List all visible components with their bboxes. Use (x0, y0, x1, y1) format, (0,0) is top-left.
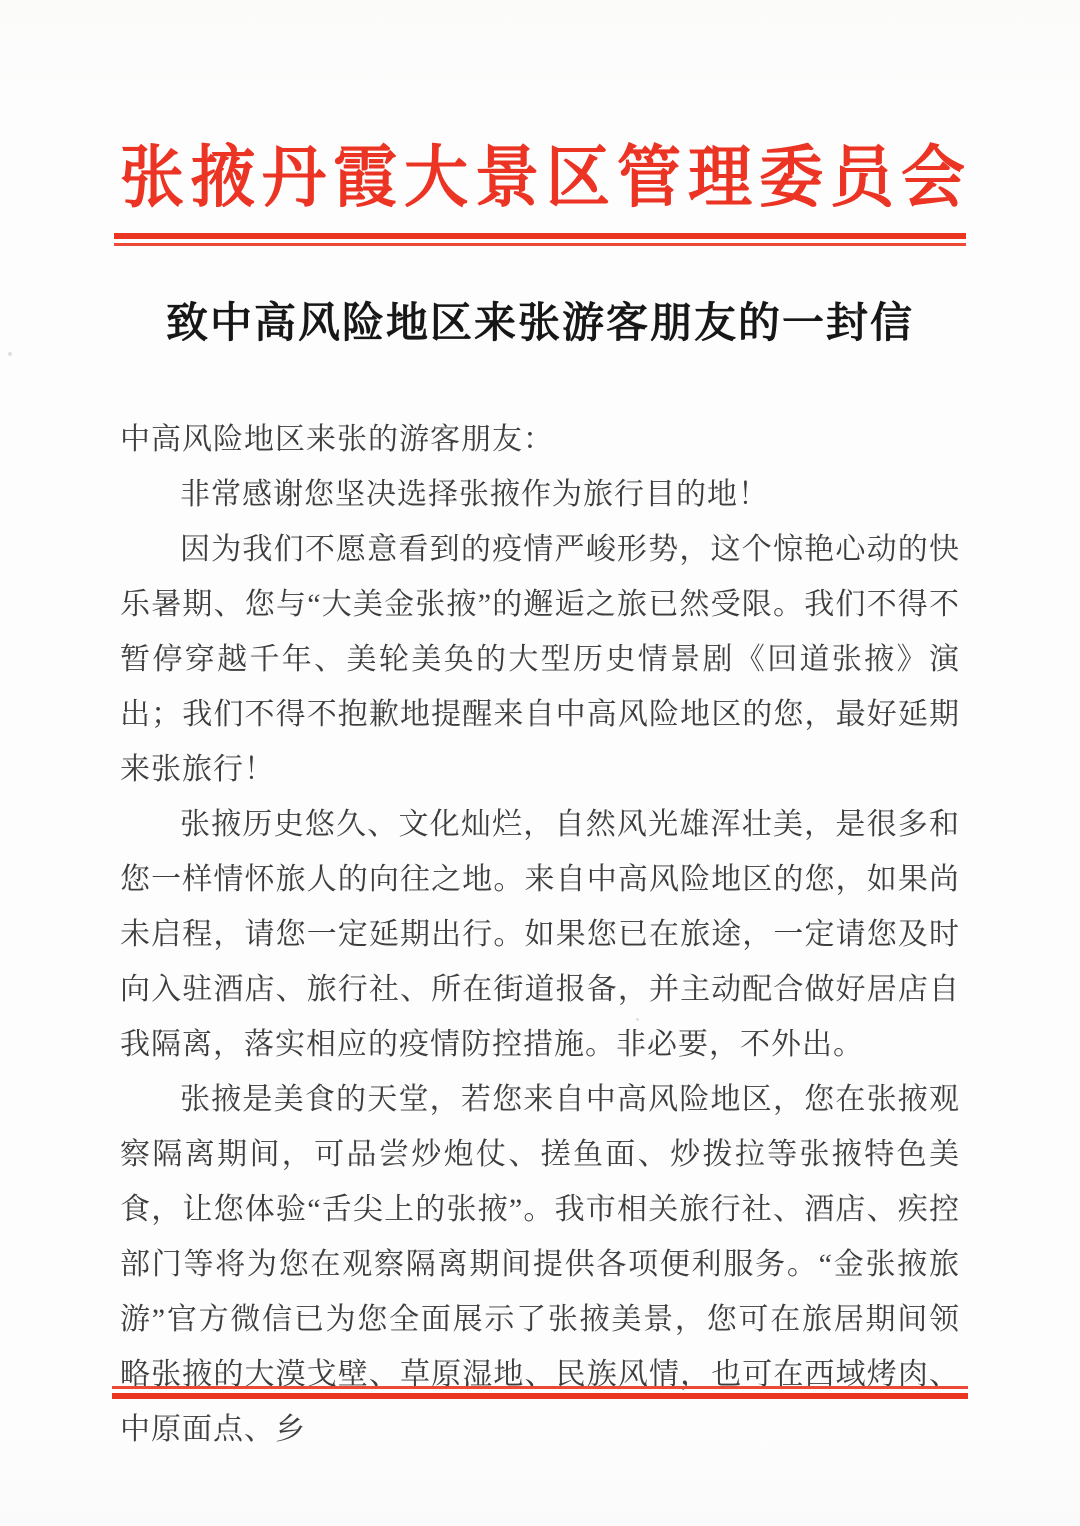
scan-speck (636, 1018, 639, 1021)
document-title: 致中高风险地区来张游客朋友的一封信 (120, 296, 960, 352)
letter-paragraph-3: 张掖历史悠久、文化灿烂，自然风光雄浑壮美，是很多和您一样情怀旅人的向往之地。来自… (120, 797, 960, 1072)
letter-paragraph-4: 张掖是美食的天堂，若您来自中高风险地区，您在张掖观察隔离期间，可品尝炒炮仗、搓鱼… (120, 1072, 960, 1457)
scan-speck (8, 352, 12, 356)
letter-paragraph-1: 非常感谢您坚决选择张掖作为旅行目的地！ (120, 467, 960, 522)
footer-rule-thick (112, 1393, 968, 1399)
letter-salutation: 中高风险地区来张的游客朋友： (120, 412, 960, 467)
letterhead-title: 张掖丹霞大景区管理委员会 (120, 0, 960, 222)
header-rule-thin (114, 243, 966, 246)
scanned-letter-page: 张掖丹霞大景区管理委员会 致中高风险地区来张游客朋友的一封信 中高风险地区来张的… (0, 0, 1080, 1526)
header-double-rule (114, 233, 966, 246)
letter-paragraph-2: 因为我们不愿意看到的疫情严峻形势，这个惊艳心动的快乐暑期、您与“大美金张掖”的邂… (120, 522, 960, 797)
scan-speck (855, 310, 860, 314)
letter-body: 中高风险地区来张的游客朋友： 非常感谢您坚决选择张掖作为旅行目的地！ 因为我们不… (120, 412, 960, 1457)
footer-double-rule (112, 1386, 968, 1399)
